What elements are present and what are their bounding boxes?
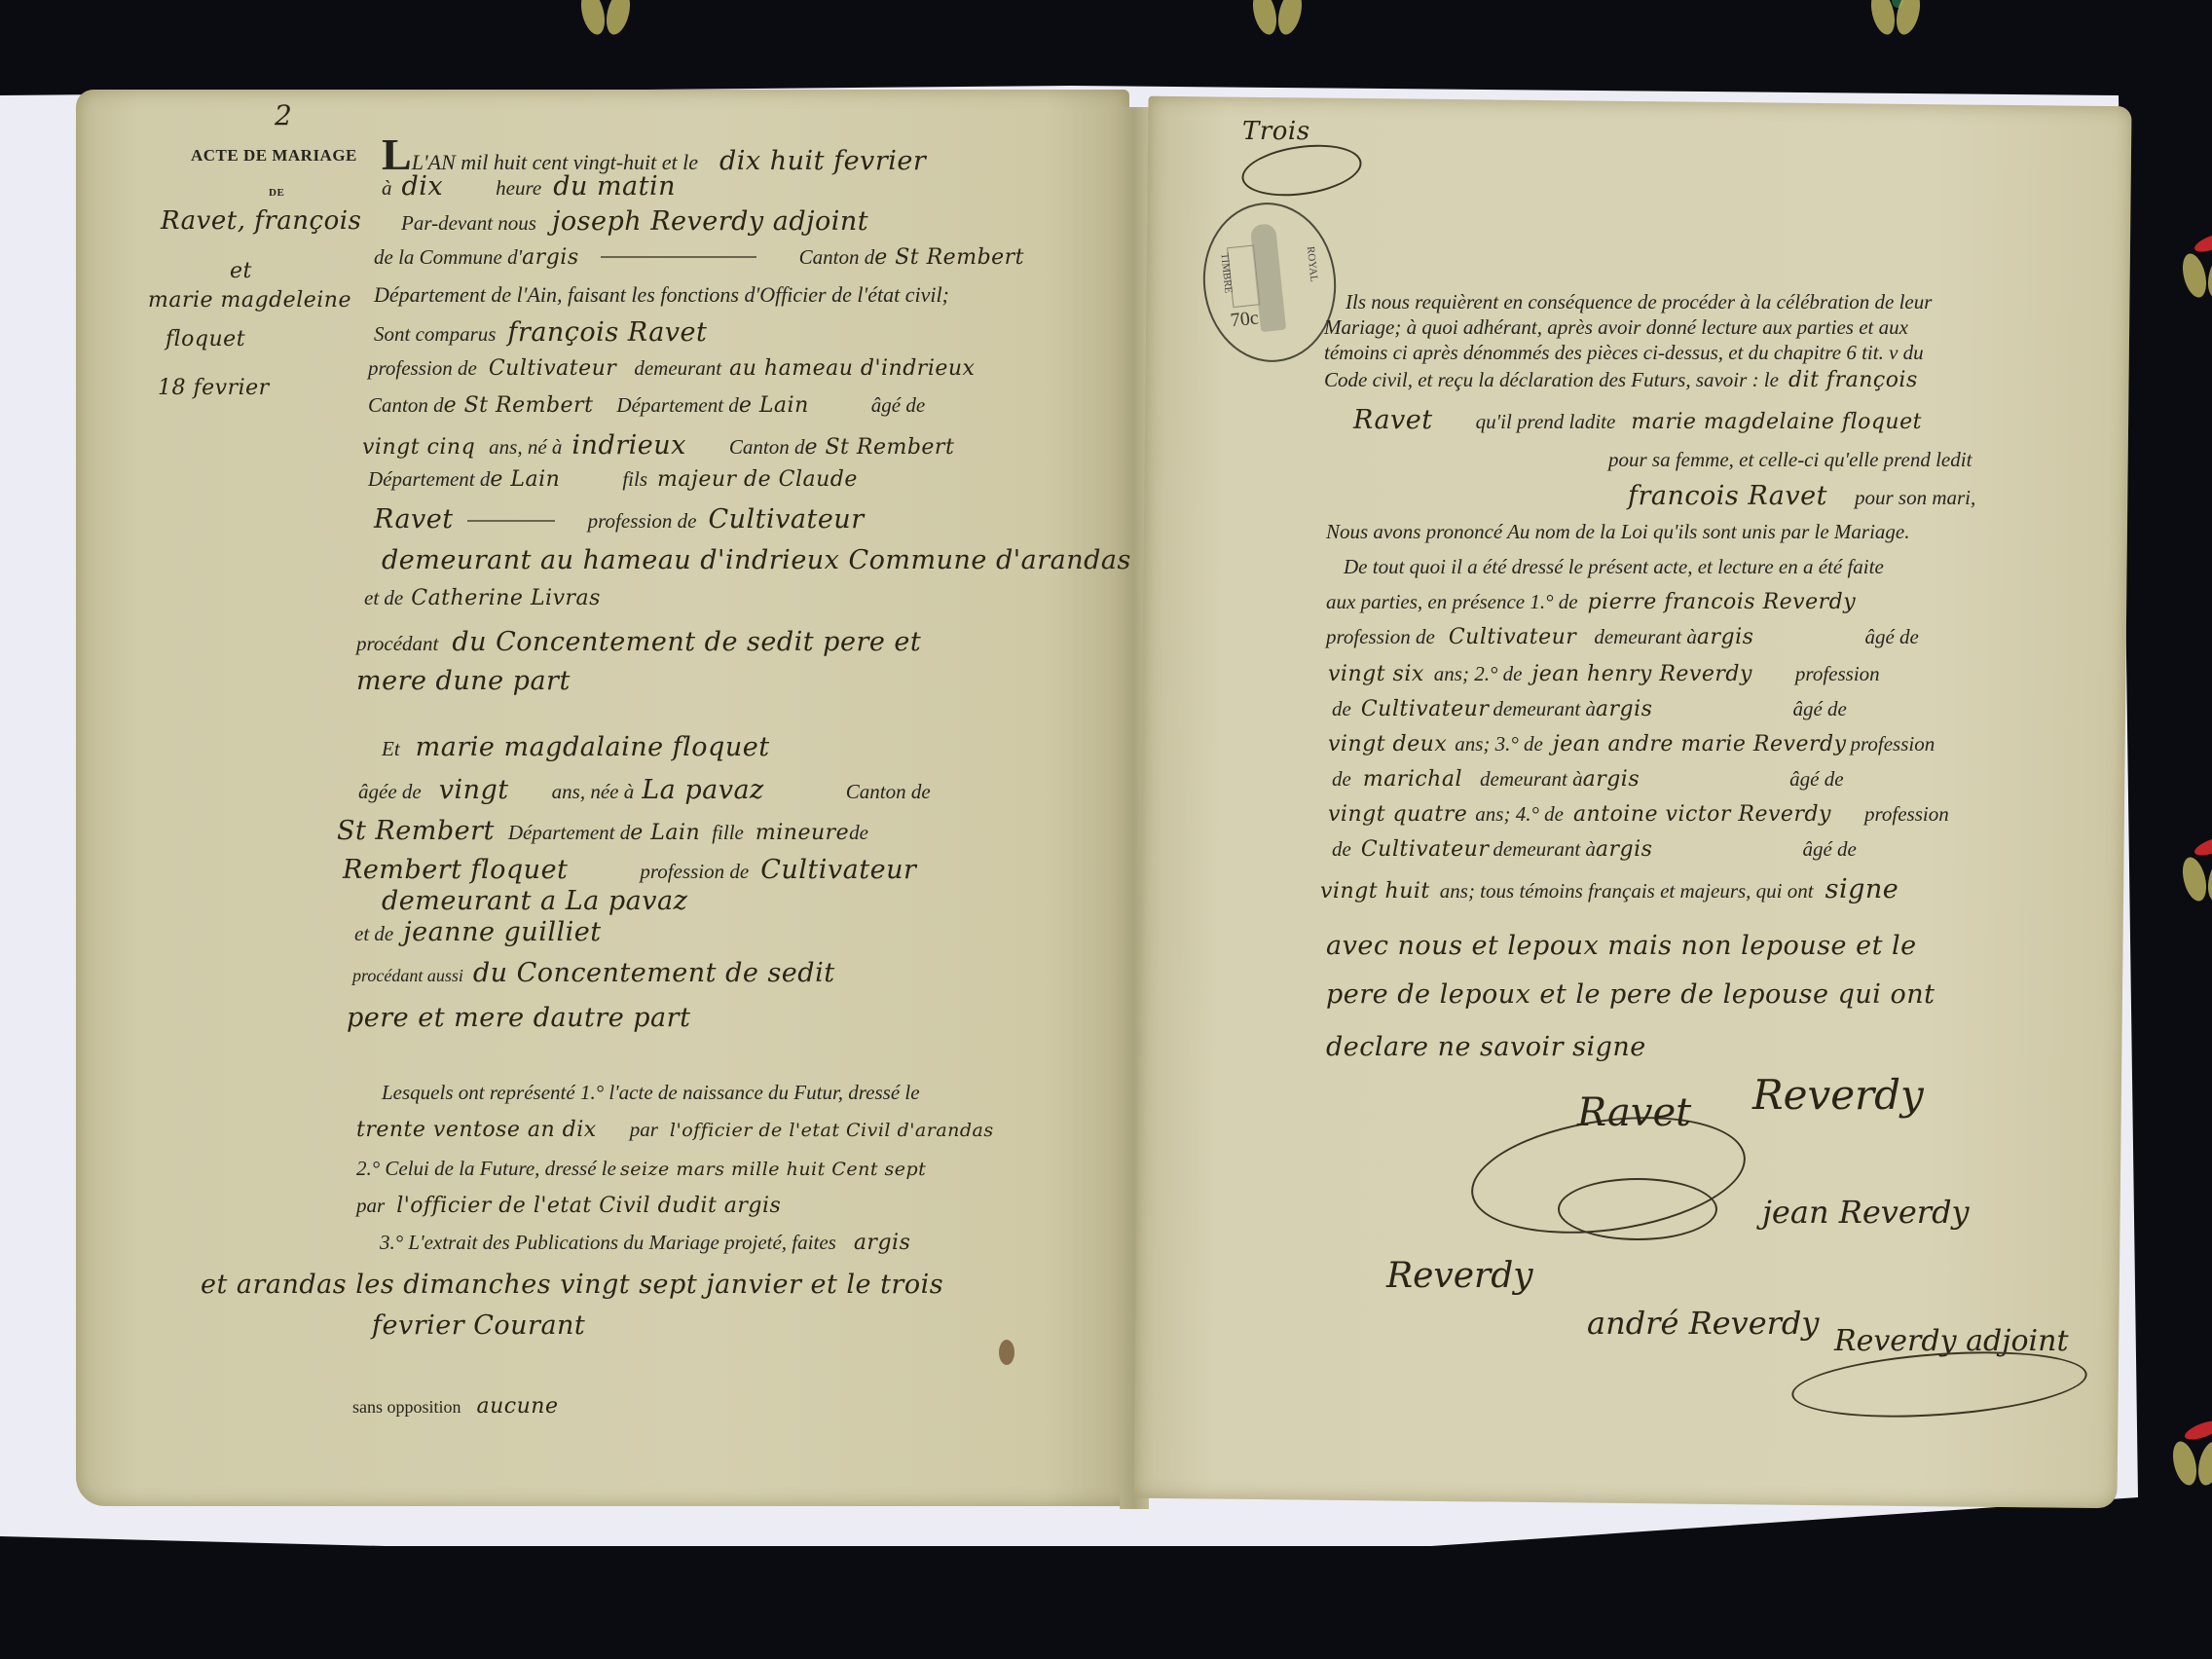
line: St Rembert Département de Lain fille min… [337, 816, 868, 846]
handwritten-fill: dix huit fevrier [719, 146, 926, 176]
line: de la Commune d'argis Canton de St Rembe… [374, 245, 1024, 270]
cloth-motif-icon [2176, 857, 2212, 905]
line: aux parties, en présence 1.° de pierre f… [1326, 590, 1856, 614]
line: à dix heure du matin [382, 171, 676, 202]
act-header: ACTE DE MARIAGE [191, 146, 357, 166]
line: de marichal demeurant àargis âgé de [1332, 767, 1844, 792]
cloth-motif-icon [1246, 0, 1314, 39]
line: Ils nous requièrent en conséquence de pr… [1346, 290, 1932, 314]
line: pere de lepoux et le pere de lepouse qui… [1326, 979, 1935, 1010]
line: vingt quatre ans; 4.° de antoine victor … [1328, 802, 1949, 827]
line: Canton de St Rembert Département de Lain… [368, 393, 925, 418]
signature-witness: Reverdy [1752, 1071, 1924, 1119]
line: pour sa femme, et celle-ci qu'elle prend… [1608, 448, 1972, 472]
signature-witness: jean Reverdy [1762, 1194, 1970, 1231]
line: âgée de vingt ans, née à La pavaz Canton… [358, 775, 931, 805]
line: procédant aussi du Concentement de sedit [352, 958, 835, 988]
margin-de-label: DE [269, 187, 284, 199]
cloth-motif-icon [574, 0, 643, 39]
margin-groom: Ravet, françois [161, 206, 361, 236]
margin-et: et [230, 259, 252, 283]
line: Ravet profession de Cultivateur [374, 504, 865, 535]
line: pere et mere dautre part [347, 1003, 690, 1033]
page-number: Trois [1242, 117, 1310, 146]
line: profession de Cultivateur demeurant au h… [368, 356, 975, 381]
line: procédant du Concentement de sedit pere … [356, 627, 921, 657]
line: et arandas les dimanches vingt sept janv… [201, 1270, 943, 1300]
margin-bride-last: floquet [166, 327, 245, 351]
line: trente ventose an dix par l'officier de … [356, 1118, 994, 1142]
line: vingt six ans; 2.° de jean henry Reverdy… [1328, 662, 1880, 686]
page-number: 2 [275, 99, 292, 131]
line: de Cultivateur demeurant àargis âgé de [1332, 697, 1847, 721]
line: avec nous et lepoux mais non lepouse et … [1326, 931, 1917, 961]
line: fevrier Courant [372, 1310, 585, 1341]
line: et de jeanne guilliet [354, 917, 602, 947]
line: demeurant a La pavaz [382, 886, 687, 916]
cloth-motif-icon [1864, 0, 1933, 39]
line: Code civil, et reçu la déclaration des F… [1324, 368, 1918, 392]
line: Département de Lain fils majeur de Claud… [368, 467, 858, 492]
line: profession de Cultivateur demeurant àarg… [1326, 625, 1919, 649]
line: declare ne savoir signe [1326, 1032, 1646, 1062]
line: sans opposition aucune [352, 1394, 558, 1419]
line: mere dune part [356, 666, 571, 696]
line: Sont comparus françois Ravet [374, 317, 707, 348]
signature-witness: andré Reverdy [1587, 1305, 1819, 1342]
line: par l'officier de l'etat Civil dudit arg… [356, 1194, 781, 1218]
line: Nous avons prononcé Au nom de la Loi qu'… [1326, 520, 1909, 544]
line: de Cultivateur demeurant àargis âgé de [1332, 837, 1857, 862]
signature-groom: Ravet [1577, 1090, 1691, 1135]
line: De tout quoi il a été dressé le présent … [1344, 555, 1884, 579]
line: vingt huit ans; tous témoins français et… [1320, 874, 1899, 904]
line: et de Catherine Livras [364, 586, 601, 610]
line: Rembert floquet profession de Cultivateu… [343, 855, 916, 885]
line: vingt deux ans; 3.° de jean andre marie … [1328, 732, 1935, 756]
ink-stain [999, 1340, 1014, 1365]
line: Ravet qu'il prend ladite marie magdelain… [1353, 405, 1922, 435]
line: Département de l'Ain, faisant les foncti… [374, 282, 949, 308]
line: francois Ravet pour son mari, [1628, 481, 1975, 511]
cloth-motif-icon [2166, 1441, 2212, 1490]
cloth-motif-icon [2176, 253, 2212, 302]
margin-date: 18 fevrier [158, 376, 270, 400]
line: 2.° Celui de la Future, dressé le seize … [356, 1157, 926, 1181]
line: Et marie magdalaine floquet [382, 732, 770, 762]
line: Mariage; à quoi adhérant, après avoir do… [1324, 315, 1908, 340]
line: demeurant au hameau d'indrieux Commune d… [382, 545, 1131, 575]
line: vingt cinq ans, né à indrieux Canton de … [362, 430, 954, 461]
line: témoins ci après dénommés des pièces ci-… [1324, 341, 1924, 365]
line: 3.° L'extrait des Publications du Mariag… [380, 1231, 910, 1255]
line: Par-devant nous joseph Reverdy adjoint [401, 206, 868, 237]
signature-witness: Reverdy [1386, 1256, 1533, 1296]
margin-bride-first: marie magdeleine [148, 288, 351, 313]
signature-flourish-icon [1558, 1178, 1717, 1240]
line: Lesquels ont représenté 1.° l'acte de na… [382, 1081, 920, 1105]
